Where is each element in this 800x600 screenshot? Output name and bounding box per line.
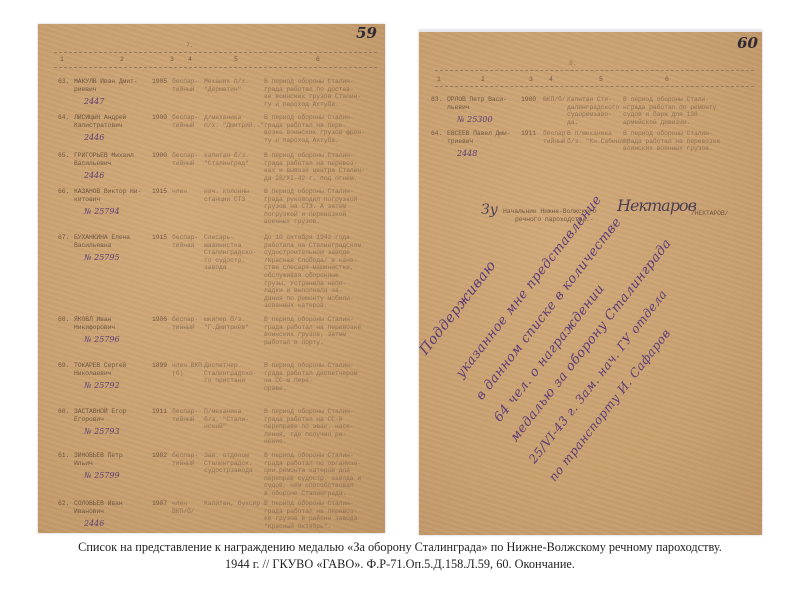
- birth-year: 1905: [152, 78, 167, 86]
- party-status: член ВКП (б): [172, 362, 202, 377]
- col-header-1: 1: [60, 56, 64, 64]
- merit-description: В период обороны Стали- нграда работал п…: [623, 96, 716, 126]
- birth-year: 1915: [152, 188, 167, 196]
- document-caption: Список на представление к награждению ме…: [0, 539, 800, 573]
- award-number: № 25793: [84, 427, 120, 436]
- birth-year: 1900: [152, 152, 167, 160]
- entry-number: 62.: [58, 500, 69, 508]
- merit-description: В период обороны Сталин- града работал н…: [264, 500, 357, 530]
- award-number: № 25799: [84, 471, 120, 480]
- position: шкипер б/з. "Г.Дмитриев": [204, 316, 249, 331]
- col-header-2: 2: [481, 76, 485, 84]
- entry-number: 63.: [431, 96, 442, 104]
- entry-number: 60.: [58, 408, 69, 416]
- party-status: беспар- тийный: [172, 114, 198, 129]
- signature-name: /НЕКТАРОВ/: [691, 210, 728, 218]
- person-name: БУХАНКИНА Елена Васильевна: [74, 234, 130, 249]
- position: нач. колонны станции СТЗ: [204, 188, 249, 203]
- archive-page-left: 59 7. 1 2 3 4 5 6 63.МАКУЛВ Иван Дмит- р…: [38, 24, 385, 533]
- person-name: СОЛОВЬЕВ Иван Иванович: [74, 500, 123, 515]
- divider: [54, 67, 377, 68]
- birth-year: 1911: [521, 130, 536, 138]
- position: П/механика б/з. "Стали- нский": [204, 408, 249, 431]
- birth-year: 1899: [152, 362, 167, 370]
- position: д/механика п/х. "Дмитрий..": [204, 114, 264, 129]
- entry-number: 65.: [58, 152, 69, 160]
- merit-description: В период обороны Сталин- града работал н…: [623, 130, 720, 153]
- award-number: 2446: [84, 519, 104, 528]
- party-status: беспар- тийный: [172, 152, 198, 167]
- handwritten-initials: Зу: [481, 202, 498, 218]
- person-name: ЗАСТАВНОЙ Егор Егорович: [74, 408, 126, 423]
- merit-description: В период обороны Сталин- града руководил…: [264, 188, 357, 226]
- birth-year: 1911: [152, 408, 167, 416]
- page-marker: 8.: [569, 60, 576, 68]
- merit-description: В период обороны Сталин- града работал п…: [264, 78, 361, 108]
- birth-year: 1906: [152, 316, 167, 324]
- col-header-1: 1: [437, 76, 441, 84]
- entry-number: 63.: [58, 78, 69, 86]
- page-marker: 7.: [186, 42, 193, 50]
- merit-description: В период обороны Сталин- града работал д…: [264, 362, 357, 392]
- party-status: член: [172, 188, 187, 196]
- col-header-5: 5: [599, 76, 603, 84]
- handwritten-signature: Нектаров: [617, 196, 696, 215]
- birth-year: 1902: [152, 452, 167, 460]
- entry-number: 67.: [58, 234, 69, 242]
- person-name: ЯКОВЛ Иван Никифорович: [74, 316, 115, 331]
- entry-number: 61.: [58, 452, 69, 460]
- award-number: № 25794: [84, 207, 120, 216]
- divider: [435, 86, 754, 87]
- position: Механик п/х. "Дерматин": [204, 78, 249, 93]
- col-header-4: 4: [549, 76, 553, 84]
- party-status: беспар- тийная: [172, 234, 198, 249]
- birth-year: 1900: [152, 114, 167, 122]
- person-name: МАКУЛВ Иван Дмит- риевич: [74, 78, 138, 93]
- sheet-number: 59: [356, 24, 377, 42]
- party-status: ВКП/б/: [543, 96, 565, 104]
- caption-line-2: 1944 г. // ГКУВО «ГАВО». Ф.Р-71.Оп.5.Д.1…: [0, 556, 800, 573]
- position: капитан б/з. "Сталинград": [204, 152, 249, 167]
- person-name: КАЗАНОВ Виктор Ни- китович: [74, 188, 141, 203]
- person-name: ОРЛОВ Петр Васи- льевич: [447, 96, 507, 111]
- birth-year: 1900: [521, 96, 536, 104]
- entry-number: 64.: [431, 130, 442, 138]
- merit-description: В период обороны Сталин- града работал н…: [264, 408, 354, 446]
- position: В п/механика б/з. "Кн.Сабинин": [567, 130, 631, 145]
- person-name: ЗИНОВЬЕВ Петр Ильич: [74, 452, 123, 467]
- award-number: № 25792: [84, 381, 120, 390]
- merit-description: До 10 октября 1942 года работала на Стал…: [264, 234, 361, 310]
- entry-number: 66.: [58, 188, 69, 196]
- entry-number: 69.: [58, 362, 69, 370]
- person-name: ЕВСЕЕВ Павел Дми- триевич: [447, 130, 511, 145]
- col-header-3: 3: [170, 56, 174, 64]
- party-status: беспар- тийный: [172, 408, 198, 423]
- position: Слесарь- машинистка Сталинградско- го су…: [204, 234, 256, 272]
- col-header-2: 2: [120, 56, 124, 64]
- merit-description: В период обороны Сталин- града работал н…: [264, 316, 361, 346]
- sheet-number: 60: [737, 34, 758, 52]
- award-number: 2446: [84, 133, 104, 142]
- party-status: член ВКП/б/: [172, 500, 194, 515]
- entry-number: 68.: [58, 316, 69, 324]
- col-header-6: 6: [665, 76, 669, 84]
- divider: [435, 70, 754, 71]
- person-name: ЛИСИЦЫН Андрей Калистратович: [74, 114, 126, 129]
- col-header-4: 4: [188, 56, 192, 64]
- party-status: беспар- тийный: [172, 452, 198, 467]
- award-number: 2446: [84, 171, 104, 180]
- merit-description: В период обороны Сталин- града работал п…: [264, 452, 361, 498]
- col-header-5: 5: [234, 56, 238, 64]
- position: Диспетчер Сталинградско- го пристани: [204, 362, 256, 385]
- award-number: 2448: [457, 149, 477, 158]
- birth-year: 1907: [152, 500, 167, 508]
- person-name: ТОКАРЕВ Сергей Николаевич: [74, 362, 126, 377]
- award-number: 2447: [84, 97, 104, 106]
- party-status: беспар- тийный: [543, 130, 569, 145]
- award-number: № 25796: [84, 335, 120, 344]
- caption-line-1: Список на представление к награждению ме…: [0, 539, 800, 556]
- divider: [54, 52, 377, 53]
- position: Капитан, буксир: [204, 500, 260, 508]
- archive-page-right: 60 8. 1 2 3 4 5 6 63.ОРЛОВ Петр Васи- ль…: [419, 30, 762, 535]
- person-name: ГРИГОРЬЕВ Михаил Васильевич: [74, 152, 134, 167]
- entry-number: 64.: [58, 114, 69, 122]
- position: Зав. отделом Сталинградск. судострзавода: [204, 452, 253, 475]
- party-status: беспар- тийный: [172, 78, 198, 93]
- award-number: № 25300: [457, 115, 493, 124]
- merit-description: В период обороны Сталин- града работал н…: [264, 152, 365, 182]
- birth-year: 1915: [152, 234, 167, 242]
- col-header-3: 3: [529, 76, 533, 84]
- party-status: беспар- тийный: [172, 316, 198, 331]
- merit-description: В период обороны Сталин- града работал н…: [264, 114, 365, 144]
- col-header-6: 6: [316, 56, 320, 64]
- position: Капитан Сти- далинградского судоремзаво-…: [567, 96, 619, 126]
- award-number: № 25795: [84, 253, 120, 262]
